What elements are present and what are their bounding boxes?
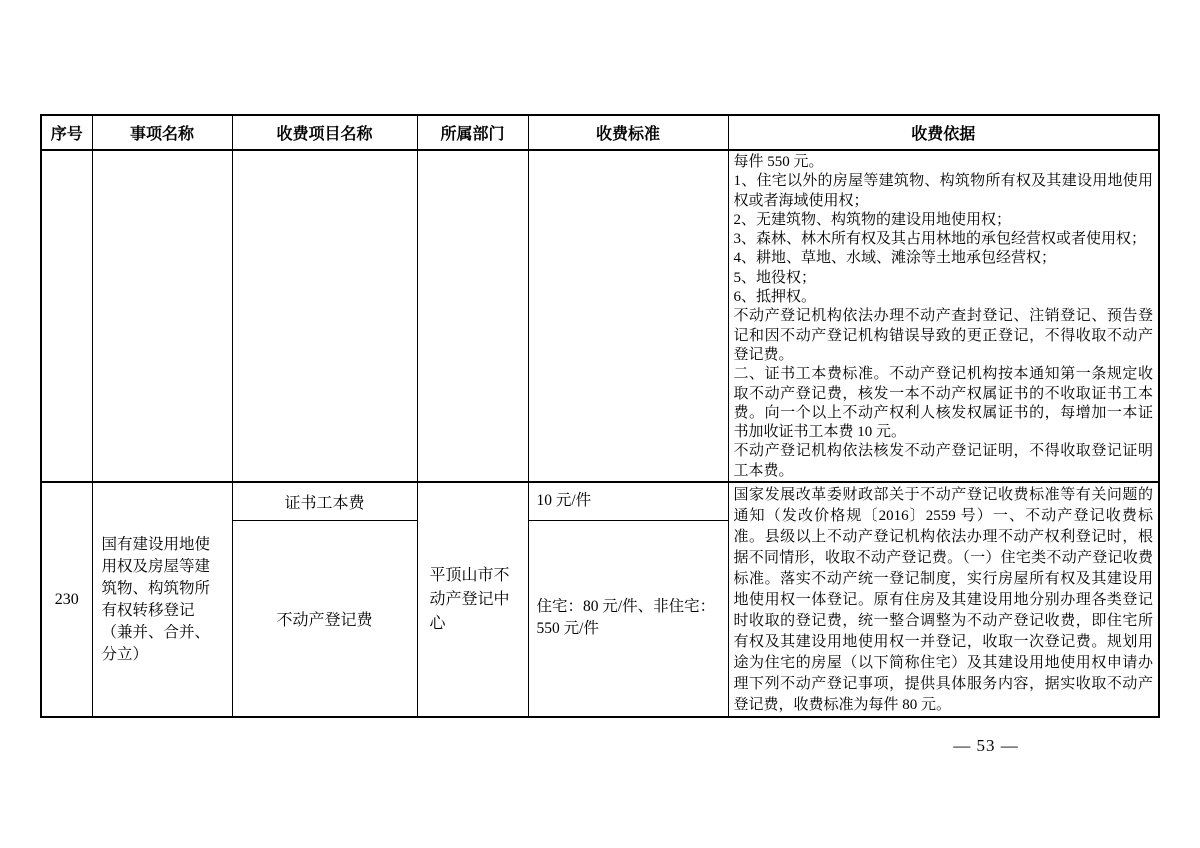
row-230-fee-item-registration-cell: 不动产登记费 — [232, 520, 417, 717]
row-230-item-name-cell: 国有建设用地使用权及房屋等建筑物、构筑物所有权转移登记（兼并、合并、分立） — [92, 482, 232, 717]
header-fee-item-name: 收费项目名称 — [232, 115, 417, 150]
row-230-fee-standard-registration-cell: 住宅：80 元/件、非住宅：550 元/件 — [528, 520, 728, 717]
header-fee-basis: 收费依据 — [728, 115, 1159, 150]
row-230-department-cell: 平顶山市不动产登记中心 — [417, 482, 528, 717]
row-230-subrow-certificate: 230 国有建设用地使用权及房屋等建筑物、构筑物所有权转移登记（兼并、合并、分立… — [41, 482, 1159, 520]
continuation-department-cell — [417, 150, 528, 482]
continuation-fee-basis-cell: 每件 550 元。 1、住宅以外的房屋等建筑物、构筑物所有权及其建设用地使用权或… — [728, 150, 1159, 482]
header-fee-standard: 收费标准 — [528, 115, 728, 150]
row-230-fee-basis-cell: 国家发展改革委财政部关于不动产登记收费标准等有关问题的通知（发改价格规〔2016… — [728, 482, 1159, 717]
row-230-fee-standard-certificate-cell: 10 元/件 — [528, 482, 728, 520]
header-department: 所属部门 — [417, 115, 528, 150]
row-230-seq-cell: 230 — [41, 482, 92, 717]
row-230-fee-item-certificate-cell: 证书工本费 — [232, 482, 417, 520]
header-item-name: 事项名称 — [92, 115, 232, 150]
table-header-row: 序号 事项名称 收费项目名称 所属部门 收费标准 收费依据 — [41, 115, 1159, 150]
continuation-row: 每件 550 元。 1、住宅以外的房屋等建筑物、构筑物所有权及其建设用地使用权或… — [41, 150, 1159, 482]
continuation-seq-cell — [41, 150, 92, 482]
fee-schedule-table: 序号 事项名称 收费项目名称 所属部门 收费标准 收费依据 每件 550 元。 … — [40, 114, 1160, 718]
page-number: — 53 — — [900, 736, 1072, 756]
continuation-fee-item-cell — [232, 150, 417, 482]
header-seq: 序号 — [41, 115, 92, 150]
document-page: 序号 事项名称 收费项目名称 所属部门 收费标准 收费依据 每件 550 元。 … — [0, 0, 1200, 848]
continuation-item-name-cell — [92, 150, 232, 482]
continuation-fee-standard-cell — [528, 150, 728, 482]
